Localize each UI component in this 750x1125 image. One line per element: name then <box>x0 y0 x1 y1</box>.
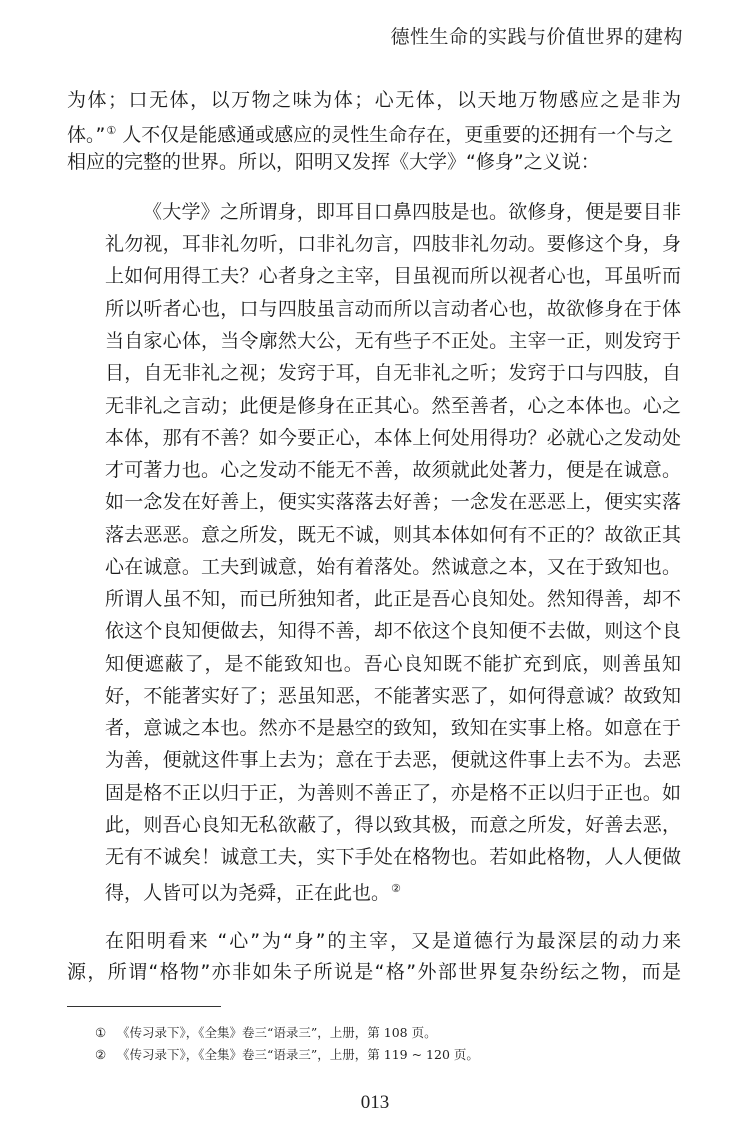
quote-line: 才可著力也。心之发动不能无不善，故须就此处著力，便是在诚意。 <box>105 457 681 483</box>
footnote-separator <box>67 1006 221 1007</box>
footnote-2: ②《传习录下》，《全集》卷三“语录三”，上册，第 119 ~ 120 页。 <box>95 1046 479 1064</box>
quote-line: 无非礼之言动；此便是修身在正其心。然至善者，心之本体也。心之 <box>105 393 681 419</box>
footnote-1: ①《传习录下》，《全集》卷三“语录三”，上册，第 108 页。 <box>95 1024 437 1042</box>
quote-line: 固是格不正以归于正，为善则不善正了，亦是格不正以归于正也。如 <box>105 780 681 806</box>
body-text: 体。” <box>67 124 105 146</box>
quote-line: 者，意诚之本也。然亦不是悬空的致知，致知在实事上格。如意在于 <box>105 715 681 741</box>
body-line: 在阳明看来 “心”为“身”的主宰，又是道德行为最深层的动力来 <box>105 928 681 954</box>
quote-line: 目，自无非礼之视；发窍于耳，自无非礼之听；发窍于口与四肢，自 <box>105 360 681 386</box>
quote-line: 得，人皆可以为尧舜，正在此也。② <box>105 876 681 902</box>
quote-line: 如一念发在好善上，便实实落落去好善；一念发在恶恶上，便实实落 <box>105 489 681 515</box>
quote-line: 为善，便就这件事上去为；意在于去恶，便就这件事上去不为。去恶 <box>105 747 681 773</box>
footnote-text: 《传习录下》，《全集》卷三“语录三”，上册，第 119 ~ 120 页。 <box>117 1047 479 1062</box>
quote-line: 心在诚意。工夫到诚意，始有着落处。然诚意之本，又在于致知也。 <box>105 554 681 580</box>
page-number: 013 <box>0 1092 750 1114</box>
body-text: 人不仅是能感通或感应的灵性生命存在，更重要的还拥有一个与之 <box>122 124 673 146</box>
quote-text: 得，人皆可以为尧舜，正在此也。 <box>105 882 390 904</box>
quote-line: 好，不能著实好了；恶虽知恶，不能著实恶了，如何得意诚？故致知 <box>105 683 681 709</box>
quote-line: 《大学》之所谓身，即耳目口鼻四肢是也。欲修身，便是要目非 <box>143 199 681 225</box>
quote-line: 当自家心体，当令廓然大公，无有些子不正处。主宰一正，则发窍于 <box>105 328 681 354</box>
quote-line: 所以听者心也，口与四肢虽言动而所以言动者心也，故欲修身在于体 <box>105 296 681 322</box>
running-title: 德性生命的实践与价值世界的建构 <box>390 22 683 49</box>
quote-line: 依这个良知便做去，知得不善，却不依这个良知便不去做，则这个良 <box>105 618 681 644</box>
quote-line: 所谓人虽不知，而已所独知者，此正是吾心良知处。然知得善，却不 <box>105 586 681 612</box>
quote-line: 本体，那有不善？如今要正心，本体上何处用得功？必就心之发动处 <box>105 425 681 451</box>
footnote-text: 《传习录下》，《全集》卷三“语录三”，上册，第 108 页。 <box>117 1025 437 1040</box>
quote-line: 此，则吾心良知无私欲蔽了，得以致其极，而意之所发，好善去恶， <box>105 812 681 838</box>
quote-line: 知便遮蔽了，是不能致知也。吾心良知既不能扩充到底，则善虽知 <box>105 651 681 677</box>
body-line: 源，所谓“格物”亦非如朱子所说是“格”外部世界复杂纷纭之物，而是 <box>67 959 681 985</box>
footnote-marker: ② <box>95 1046 117 1064</box>
body-line: 相应的完整的世界。所以，阳明又发挥《大学》“修身”之义说： <box>67 149 681 175</box>
footnote-ref[interactable]: ① <box>106 124 116 137</box>
quote-line: 无有不诚矣！诚意工夫，实下手处在格物也。若如此格物，人人便做 <box>105 844 681 870</box>
quote-line: 礼勿视，耳非礼勿听，口非礼勿言，四肢非礼勿动。要修这个身，身 <box>105 231 681 257</box>
quote-line: 上如何用得工夫？心者身之主宰，目虽视而所以视者心也，耳虽听而 <box>105 263 681 289</box>
quote-line: 落去恶恶。意之所发，既无不诚，则其本体如何有不正的？故欲正其 <box>105 522 681 548</box>
body-line: 体。”① 人不仅是能感通或感应的灵性生命存在，更重要的还拥有一个与之 <box>67 118 681 144</box>
footnote-ref[interactable]: ② <box>391 882 401 895</box>
body-line: 为体；口无体，以万物之味为体；心无体，以天地万物感应之是非为 <box>67 87 681 113</box>
footnote-marker: ① <box>95 1024 117 1042</box>
